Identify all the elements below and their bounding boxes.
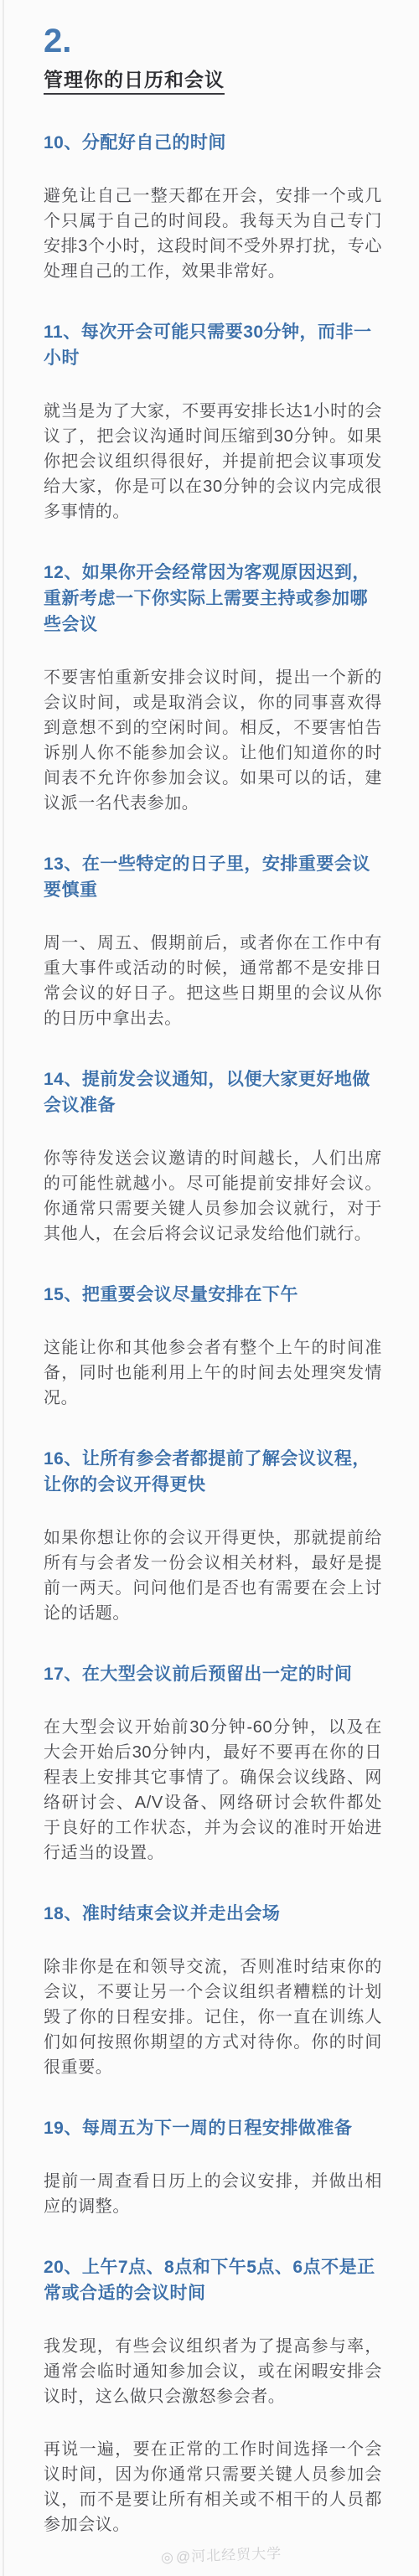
section-heading: 18、准时结束会议并走出会场 [44,1901,382,1927]
section-heading: 20、上午7点、8点和下午5点、6点不是正常或合适的会议时间 [44,2254,382,2306]
section-paragraph: 不要害怕重新安排会议时间，提出一个新的会议时间，或是取消会议，你的同事喜欢得到意… [44,665,382,816]
section-paragraph: 再说一遍，要在正常的工作时间选择一个会议时间，因为你通常只需要关键人员参加会议，… [44,2437,382,2537]
part-number: 2. [44,22,382,60]
section-11: 11、每次开会可能只需要30分钟，而非一小时 就当是为了大家，不要再安排长达1小… [44,319,382,524]
section-13: 13、在一些特定的日子里，安排重要会议要慎重 周一、周五、假期前后，或者你在工作… [44,851,382,1031]
page-left-edge [3,0,4,2576]
section-heading: 19、每周五为下一周的日程安排做准备 [44,2115,382,2141]
section-paragraph: 你等待发送会议邀请的时间越长，人们出席的可能性就越小。尽可能提前安排好会议。你通… [44,1146,382,1247]
section-paragraph: 我发现，有些会议组织者为了提高参与率，通常会临时通知参加会议，或在闲暇安排会议时… [44,2334,382,2409]
section-heading: 15、把重要会议尽量安排在下午 [44,1282,382,1308]
section-20: 20、上午7点、8点和下午5点、6点不是正常或合适的会议时间 我发现，有些会议组… [44,2254,382,2537]
section-paragraph: 除非你是在和领导交流，否则准时结束你的会议，不要让另一个会议组织者糟糕的计划毁了… [44,1954,382,2080]
section-paragraph: 提前一周查看日历上的会议安排，并做出相应的调整。 [44,2169,382,2219]
section-14: 14、提前发会议通知，以便大家更好地做会议准备 你等待发送会议邀请的时间越长，人… [44,1066,382,1247]
section-paragraph: 就当是为了大家，不要再安排长达1小时的会议了，把会议沟通时间压缩到30分钟。如果… [44,399,382,524]
watermark-text: @河北经贸大学 [176,2545,282,2564]
section-17: 17、在大型会议前后预留出一定的时间 在大型会议开始前30分钟-60分钟，以及在… [44,1661,382,1866]
section-heading: 11、每次开会可能只需要30分钟，而非一小时 [44,319,382,371]
section-19: 19、每周五为下一周的日程安排做准备 提前一周查看日历上的会议安排，并做出相应的… [44,2115,382,2219]
section-paragraph: 避免让自己一整天都在开会，安排一个或几个只属于自己的时间段。我每天为自己专门安排… [44,183,382,284]
section-paragraph: 在大型会议开始前30分钟-60分钟，以及在大会开始后30分钟内，最好不要再在你的… [44,1715,382,1866]
section-heading: 13、在一些特定的日子里，安排重要会议要慎重 [44,851,382,903]
section-16: 16、让所有参会者都提前了解会议议程，让你的会议开得更快 如果你想让你的会议开得… [44,1446,382,1626]
section-paragraph: 这能让你和其他参会者有整个上午的时间准备，同时也能利用上午的时间去处理突发情况。 [44,1335,382,1411]
section-12: 12、如果你开会经常因为客观原因迟到，重新考虑一下你实际上需要主持或参加哪些会议… [44,560,382,816]
section-heading: 10、分配好自己的时间 [44,130,382,156]
section-15: 15、把重要会议尽量安排在下午 这能让你和其他参会者有整个上午的时间准备，同时也… [44,1282,382,1411]
article-page: 2. 管理你的日历和会议 10、分配好自己的时间 避免让自己一整天都在开会，安排… [0,0,419,2576]
page-title-wrap: 管理你的日历和会议 [44,60,382,95]
section-paragraph: 如果你想让你的会议开得更快，那就提前给所有与会者发一份会议相关材料，最好是提前一… [44,1525,382,1626]
section-heading: 14、提前发会议通知，以便大家更好地做会议准备 [44,1066,382,1118]
section-heading: 12、如果你开会经常因为客观原因迟到，重新考虑一下你实际上需要主持或参加哪些会议 [44,560,382,638]
page-title: 管理你的日历和会议 [44,67,225,95]
section-heading: 16、让所有参会者都提前了解会议议程，让你的会议开得更快 [44,1446,382,1498]
section-10: 10、分配好自己的时间 避免让自己一整天都在开会，安排一个或几个只属于自己的时间… [44,130,382,284]
section-paragraph: 周一、周五、假期前后，或者你在工作中有重大事件或活动的时候，通常都不是安排日常会… [44,931,382,1031]
weibo-logo-icon: ◎ [161,2549,175,2567]
section-heading: 17、在大型会议前后预留出一定的时间 [44,1661,382,1687]
section-18: 18、准时结束会议并走出会场 除非你是在和领导交流，否则准时结束你的会议，不要让… [44,1901,382,2080]
watermark: ◎@河北经贸大学 [161,2541,282,2566]
